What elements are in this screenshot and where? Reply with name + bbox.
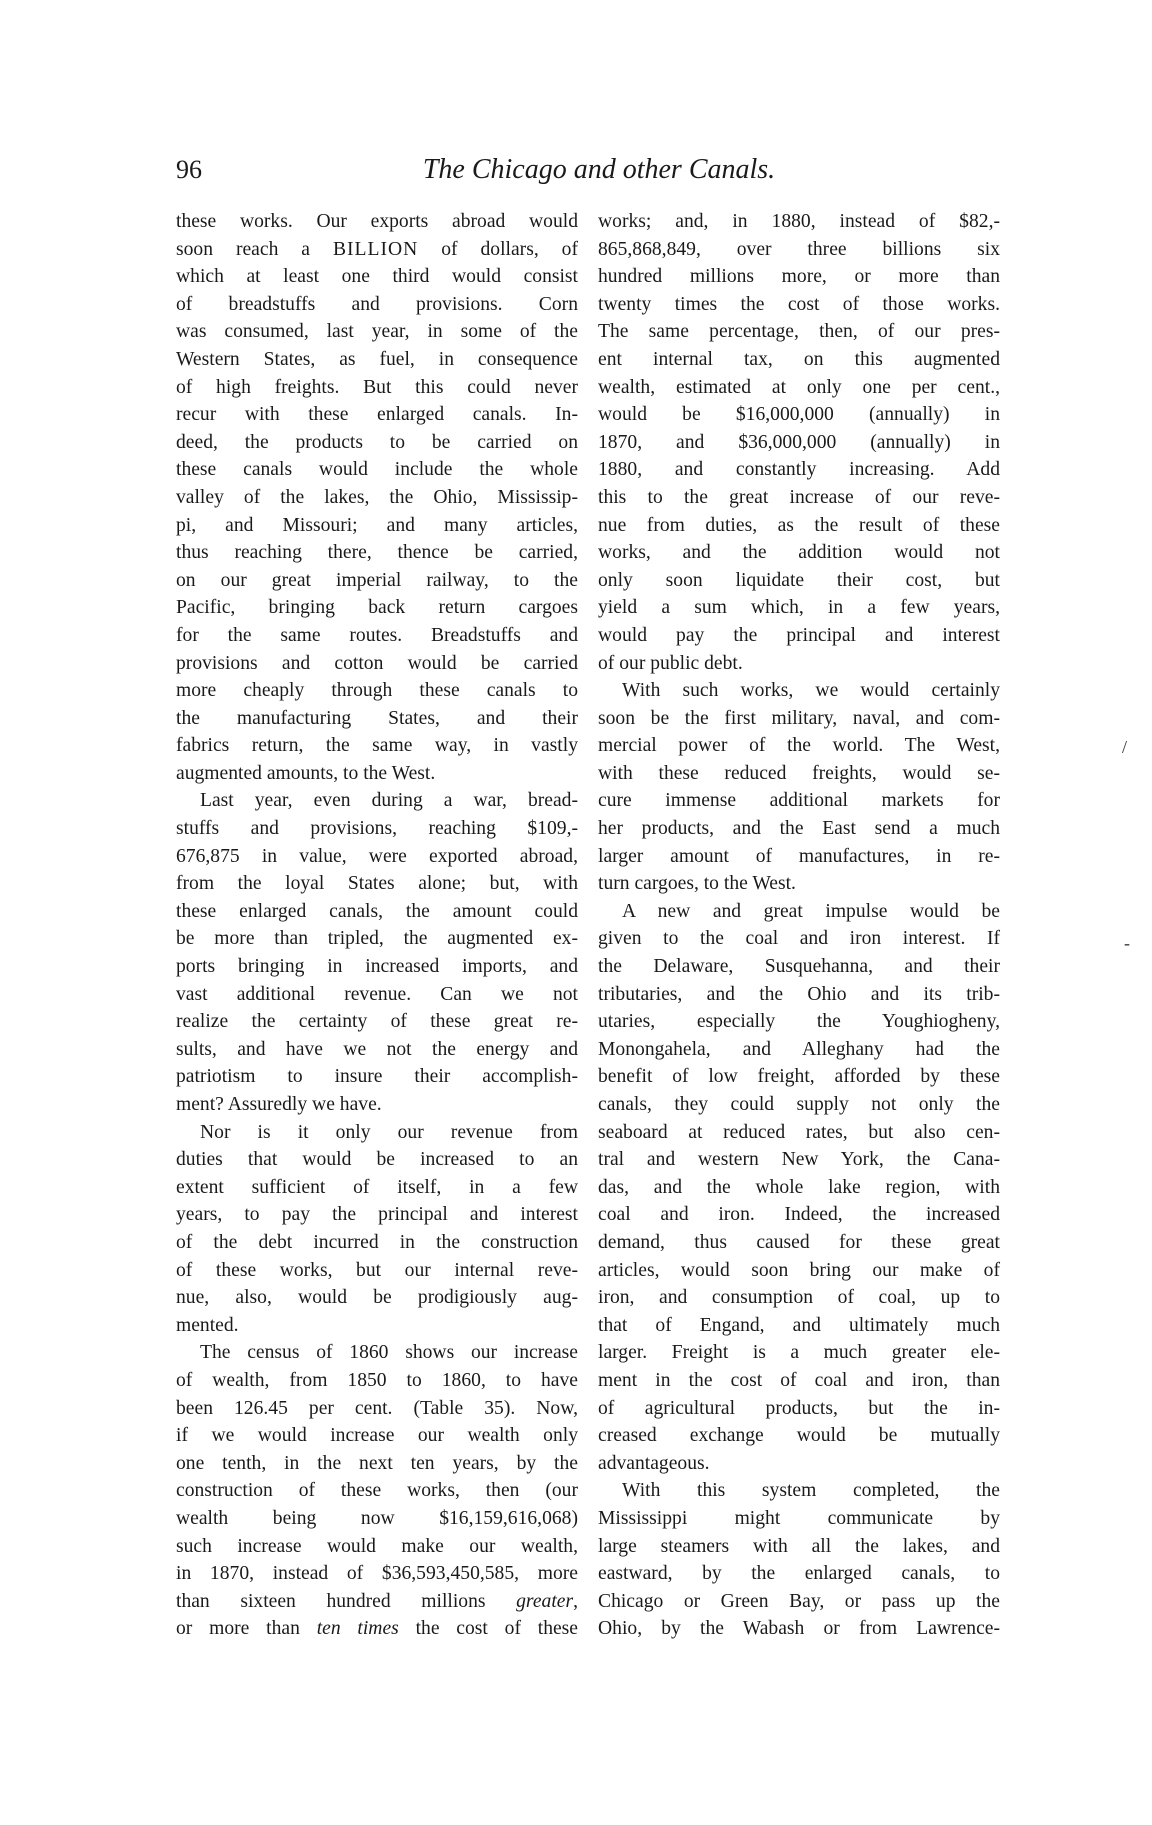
text-line: extent sufficient of itself, in a few <box>176 1174 578 1202</box>
text-line: recur with these enlarged canals. In- <box>176 401 578 429</box>
text-line: demand, thus caused for these great <box>598 1229 1000 1257</box>
text-line: turn cargoes, to the West. <box>598 870 1000 898</box>
text-line: benefit of low freight, afforded by thes… <box>598 1063 1000 1091</box>
text-line: The same percentage, then, of our pres- <box>598 318 1000 346</box>
text-line: wealth, estimated at only one per cent., <box>598 374 1000 402</box>
text-line: would be $16,000,000 (annually) in <box>598 401 1000 429</box>
text-line: of high freights. But this could never <box>176 374 578 402</box>
text-line: these works. Our exports abroad would <box>176 208 578 236</box>
running-title: The Chicago and other Canals. <box>176 150 1002 190</box>
left-column: these works. Our exports abroad would so… <box>176 208 578 1643</box>
text-line: iron, and consumption of coal, up to <box>598 1284 1000 1312</box>
text-line: one tenth, in the next ten years, by the <box>176 1450 578 1478</box>
text-line: on our great imperial railway, to the <box>176 567 578 595</box>
text-line: of agricultural products, but the in- <box>598 1395 1000 1423</box>
text-line: utaries, especially the Youghiogheny, <box>598 1008 1000 1036</box>
text-line: canals, they could supply not only the <box>598 1091 1000 1119</box>
text-line: twenty times the cost of those works. <box>598 291 1000 319</box>
text-line: large steamers with all the lakes, and <box>598 1533 1000 1561</box>
text-line: vast additional revenue. Can we not <box>176 981 578 1009</box>
text-line: realize the certainty of these great re- <box>176 1008 578 1036</box>
text-line: such increase would make our wealth, <box>176 1533 578 1561</box>
text-line: works, and the addition would not <box>598 539 1000 567</box>
text-line: Pacific, bringing back return cargoes <box>176 594 578 622</box>
text-line: would pay the principal and interest <box>598 622 1000 650</box>
text-line: soon reach a BILLION of dollars, of <box>176 236 578 264</box>
text-line: cure immense additional markets for <box>598 787 1000 815</box>
text-line: than sixteen hundred millions greater, <box>176 1588 578 1616</box>
text-line: from the loyal States alone; but, with <box>176 870 578 898</box>
text-line: with these reduced freights, would se- <box>598 760 1000 788</box>
text-line: if we would increase our wealth only <box>176 1422 578 1450</box>
text-line: given to the coal and iron interest. If <box>598 925 1000 953</box>
text-line: creased exchange would be mutually <box>598 1422 1000 1450</box>
text-line: her products, and the East send a much <box>598 815 1000 843</box>
text-line: was consumed, last year, in some of the <box>176 318 578 346</box>
text-line: years, to pay the principal and interest <box>176 1201 578 1229</box>
text-line: which at least one third would consist <box>176 263 578 291</box>
text-line: more cheaply through these canals to <box>176 677 578 705</box>
text-line: articles, would soon bring our make of <box>598 1257 1000 1285</box>
paragraph-start: With this system completed, the <box>598 1477 1000 1505</box>
text-line: duties that would be increased to an <box>176 1146 578 1174</box>
text-line: tral and western New York, the Cana- <box>598 1146 1000 1174</box>
text-line: of wealth, from 1850 to 1860, to have <box>176 1367 578 1395</box>
text-line: the manufacturing States, and their <box>176 705 578 733</box>
text-line: nue from duties, as the result of these <box>598 512 1000 540</box>
text-line: 1870, and $36,000,000 (annually) in <box>598 429 1000 457</box>
text-line: Monongahela, and Alleghany had the <box>598 1036 1000 1064</box>
text-line: ports bringing in increased imports, and <box>176 953 578 981</box>
text-line: fabrics return, the same way, in vastly <box>176 732 578 760</box>
text-line: coal and iron. Indeed, the increased <box>598 1201 1000 1229</box>
text-line: 865,868,849, over three billions six <box>598 236 1000 264</box>
text-line: been 126.45 per cent. (Table 35). Now, <box>176 1395 578 1423</box>
text-line: yield a sum which, in a few years, <box>598 594 1000 622</box>
text-line: 676,875 in value, were exported abroad, <box>176 843 578 871</box>
text-line: pi, and Missouri; and many articles, <box>176 512 578 540</box>
text-line: of breadstuffs and provisions. Corn <box>176 291 578 319</box>
text-line: construction of these works, then (our <box>176 1477 578 1505</box>
running-head: 96 The Chicago and other Canals. <box>176 150 1002 190</box>
text-line: seaboard at reduced rates, but also cen- <box>598 1119 1000 1147</box>
text-line: of these works, but our internal reve- <box>176 1257 578 1285</box>
text-line: in 1870, instead of $36,593,450,585, mor… <box>176 1560 578 1588</box>
paragraph-start: The census of 1860 shows our increase <box>176 1339 578 1367</box>
text-line: soon be the first military, naval, and c… <box>598 705 1000 733</box>
text-line: valley of the lakes, the Ohio, Mississip… <box>176 484 578 512</box>
right-column: works; and, in 1880, instead of $82,- 86… <box>598 208 1000 1643</box>
smallcaps-word: BILLION <box>333 239 418 260</box>
text-line: nue, also, would be prodigiously aug- <box>176 1284 578 1312</box>
text-line: hundred millions more, or more than <box>598 263 1000 291</box>
paragraph-start: Last year, even during a war, bread- <box>176 787 578 815</box>
text-line: works; and, in 1880, instead of $82,- <box>598 208 1000 236</box>
text-line: only soon liquidate their cost, but <box>598 567 1000 595</box>
text-line: augmented amounts, to the West. <box>176 760 578 788</box>
paragraph-start: A new and great impulse would be <box>598 898 1000 926</box>
margin-slash-mark: / <box>1122 738 1127 756</box>
text-line: the Delaware, Susquehanna, and their <box>598 953 1000 981</box>
margin-dash-mark: - <box>1124 934 1130 952</box>
text-line: Ohio, by the Wabash or from Lawrence- <box>598 1615 1000 1643</box>
text-line: patriotism to insure their accomplish- <box>176 1063 578 1091</box>
text-line: provisions and cotton would be carried <box>176 650 578 678</box>
text-line: that of Engand, and ultimately much <box>598 1312 1000 1340</box>
text-line: eastward, by the enlarged canals, to <box>598 1560 1000 1588</box>
text-line: tributaries, and the Ohio and its trib- <box>598 981 1000 1009</box>
text-line: mercial power of the world. The West, <box>598 732 1000 760</box>
text-line: larger amount of manufactures, in re- <box>598 843 1000 871</box>
text-line: ent internal tax, on this augmented <box>598 346 1000 374</box>
text-line: of our public debt. <box>598 650 1000 678</box>
text-line: be more than tripled, the augmented ex- <box>176 925 578 953</box>
text-line: sults, and have we not the energy and <box>176 1036 578 1064</box>
text-line: Chicago or Green Bay, or pass up the <box>598 1588 1000 1616</box>
italic-phrase: ten times <box>317 1618 399 1639</box>
book-page: 96 The Chicago and other Canals. these w… <box>0 0 1152 1825</box>
text-line: Mississippi might communicate by <box>598 1505 1000 1533</box>
text-line: 1880, and constantly increasing. Add <box>598 456 1000 484</box>
text-line: advantageous. <box>598 1450 1000 1478</box>
text-line: Western States, as fuel, in consequence <box>176 346 578 374</box>
text-line: these enlarged canals, the amount could <box>176 898 578 926</box>
text-line: deed, the products to be carried on <box>176 429 578 457</box>
text-line: this to the great increase of our reve- <box>598 484 1000 512</box>
text-line: these canals would include the whole <box>176 456 578 484</box>
text-line: larger. Freight is a much greater ele- <box>598 1339 1000 1367</box>
paragraph-start: Nor is it only our revenue from <box>176 1119 578 1147</box>
text-line: stuffs and provisions, reaching $109,- <box>176 815 578 843</box>
paragraph-start: With such works, we would certainly <box>598 677 1000 705</box>
text-line: ment in the cost of coal and iron, than <box>598 1367 1000 1395</box>
text-line: or more than ten times the cost of these <box>176 1615 578 1643</box>
text-line: das, and the whole lake region, with <box>598 1174 1000 1202</box>
text-line: of the debt incurred in the construction <box>176 1229 578 1257</box>
text-line: thus reaching there, thence be carried, <box>176 539 578 567</box>
text-line: ment? Assuredly we have. <box>176 1091 578 1119</box>
text-line: wealth being now $16,159,616,068) <box>176 1505 578 1533</box>
italic-word: greater <box>516 1591 573 1612</box>
text-line: mented. <box>176 1312 578 1340</box>
text-line: for the same routes. Breadstuffs and <box>176 622 578 650</box>
